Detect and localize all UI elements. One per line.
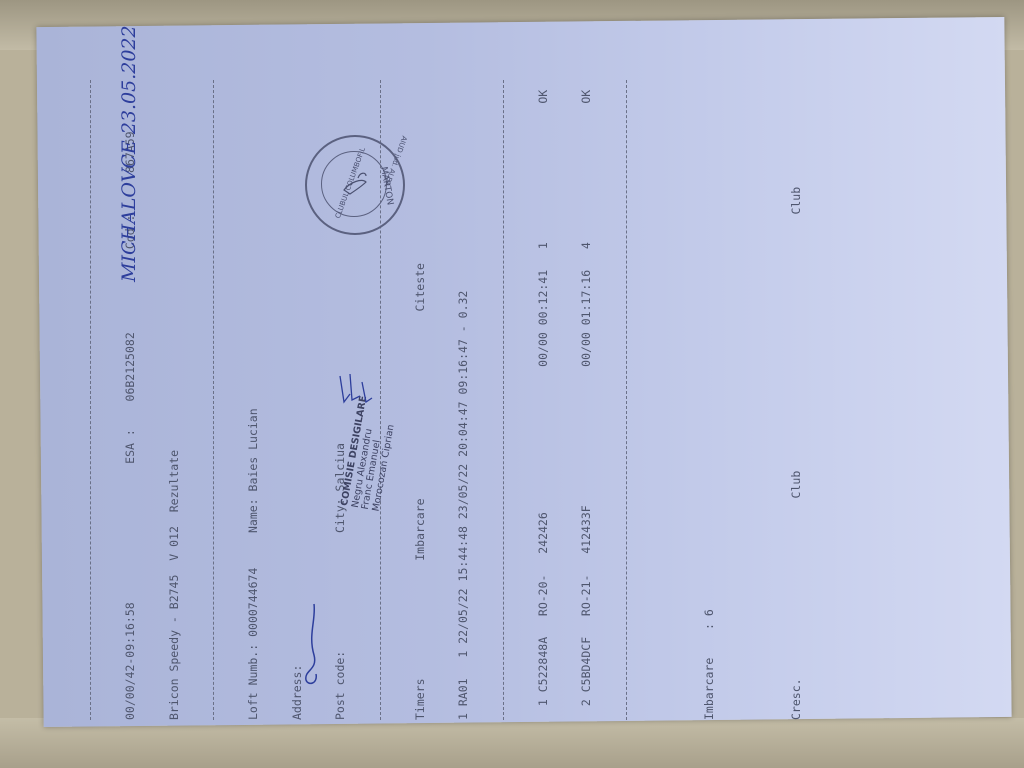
bird-time: 00:12:41: [536, 270, 550, 325]
timers-header: Timers Imbarcare Citeste: [413, 40, 428, 720]
bird-chip: C5BD4DCF: [579, 637, 593, 692]
device-name: Bricon Speedy - B2745: [167, 575, 181, 720]
timer-citeste: 23/05/22 20:04:47: [456, 401, 470, 519]
timer-row: 1 RA01 1 22/05/22 15:44:48 23/05/22 20:0…: [456, 40, 471, 720]
bird-ring-prefix: RO-21-: [579, 575, 593, 617]
cresc-label: Cresc.: [789, 678, 803, 720]
report-type: Rezultate: [167, 450, 181, 512]
header-line-2: Bricon Speedy - B2745 V 012 Rezultate: [167, 40, 182, 720]
bird-date: 00/00: [579, 332, 593, 367]
bird-no: 2: [579, 699, 593, 706]
esa-value: 06B2125082: [123, 332, 137, 401]
bird-status: OK: [536, 90, 550, 104]
bird-row: 2 C5BD4DCF RO-21- 412433F 00/00 01:17:16…: [579, 40, 594, 720]
handwritten-annotation: MICHALOVCE 23.05.2022: [118, 25, 140, 282]
loft-number: 0000744674: [246, 568, 260, 637]
timer-count: 1: [456, 651, 470, 658]
timer-id: 1 RA01: [456, 678, 470, 720]
summary-imbarcare: Imbarcare : 6: [702, 40, 717, 720]
loft-label: Loft Numb.:: [246, 644, 260, 720]
bird-place: 1: [536, 242, 550, 249]
version: V 012: [167, 526, 181, 561]
bird-place: 4: [579, 242, 593, 249]
timer-imbarcare: 22/05/22 15:44:48: [456, 526, 470, 644]
bird-ring-prefix: RO-20-: [536, 575, 550, 617]
timestamp: 00/00/42-09:16:58: [123, 602, 137, 720]
bird-ring-no: 412433F: [579, 505, 593, 553]
bird-date: 00/00: [536, 332, 550, 367]
summary-signatures: Cresc. Club Club: [789, 40, 804, 720]
bird-status: OK: [579, 90, 593, 104]
club-stamp: CLUBUL COLUMBOFIL MARTON AIUD jud. ALBA: [305, 135, 405, 235]
esa-label: ESA :: [123, 429, 137, 464]
spacer: [659, 40, 674, 720]
commission-signatures-icon: [336, 372, 376, 412]
timers-imbarcare-label: Imbarcare: [413, 498, 427, 560]
divider: [503, 80, 504, 720]
spacer: [746, 40, 761, 720]
timers-citeste-label: Citeste: [413, 263, 427, 311]
bird-ring-no: 242426: [536, 512, 550, 554]
timers-label: Timers: [413, 678, 427, 720]
bird-chip: C522848A: [536, 637, 550, 692]
timer-deviation: - 0.32: [456, 291, 470, 333]
divider: [213, 80, 214, 720]
name-label: Name:: [246, 498, 260, 533]
owner-name: Baies Lucian: [246, 408, 260, 491]
summary-imbarcare-value: : 6: [702, 609, 716, 630]
divider: [626, 80, 627, 720]
bird-row: 1 C522848A RO-20- 242426 00/00 00:12:41 …: [536, 40, 551, 720]
bird-time: 01:17:16: [579, 270, 593, 325]
bird-no: 1: [536, 699, 550, 706]
summary-imbarcare-label: Imbarcare: [702, 658, 716, 720]
timer-end: 09:16:47: [456, 339, 470, 394]
postcode-label: Post code:: [333, 651, 347, 720]
club-label-1: Club: [789, 471, 803, 499]
club-label-2: Club: [789, 187, 803, 215]
breeder-signature-icon: [296, 600, 326, 690]
loft-line: Loft Numb.: 0000744674 Name: Baies Lucia…: [246, 40, 261, 720]
divider: [90, 80, 91, 720]
